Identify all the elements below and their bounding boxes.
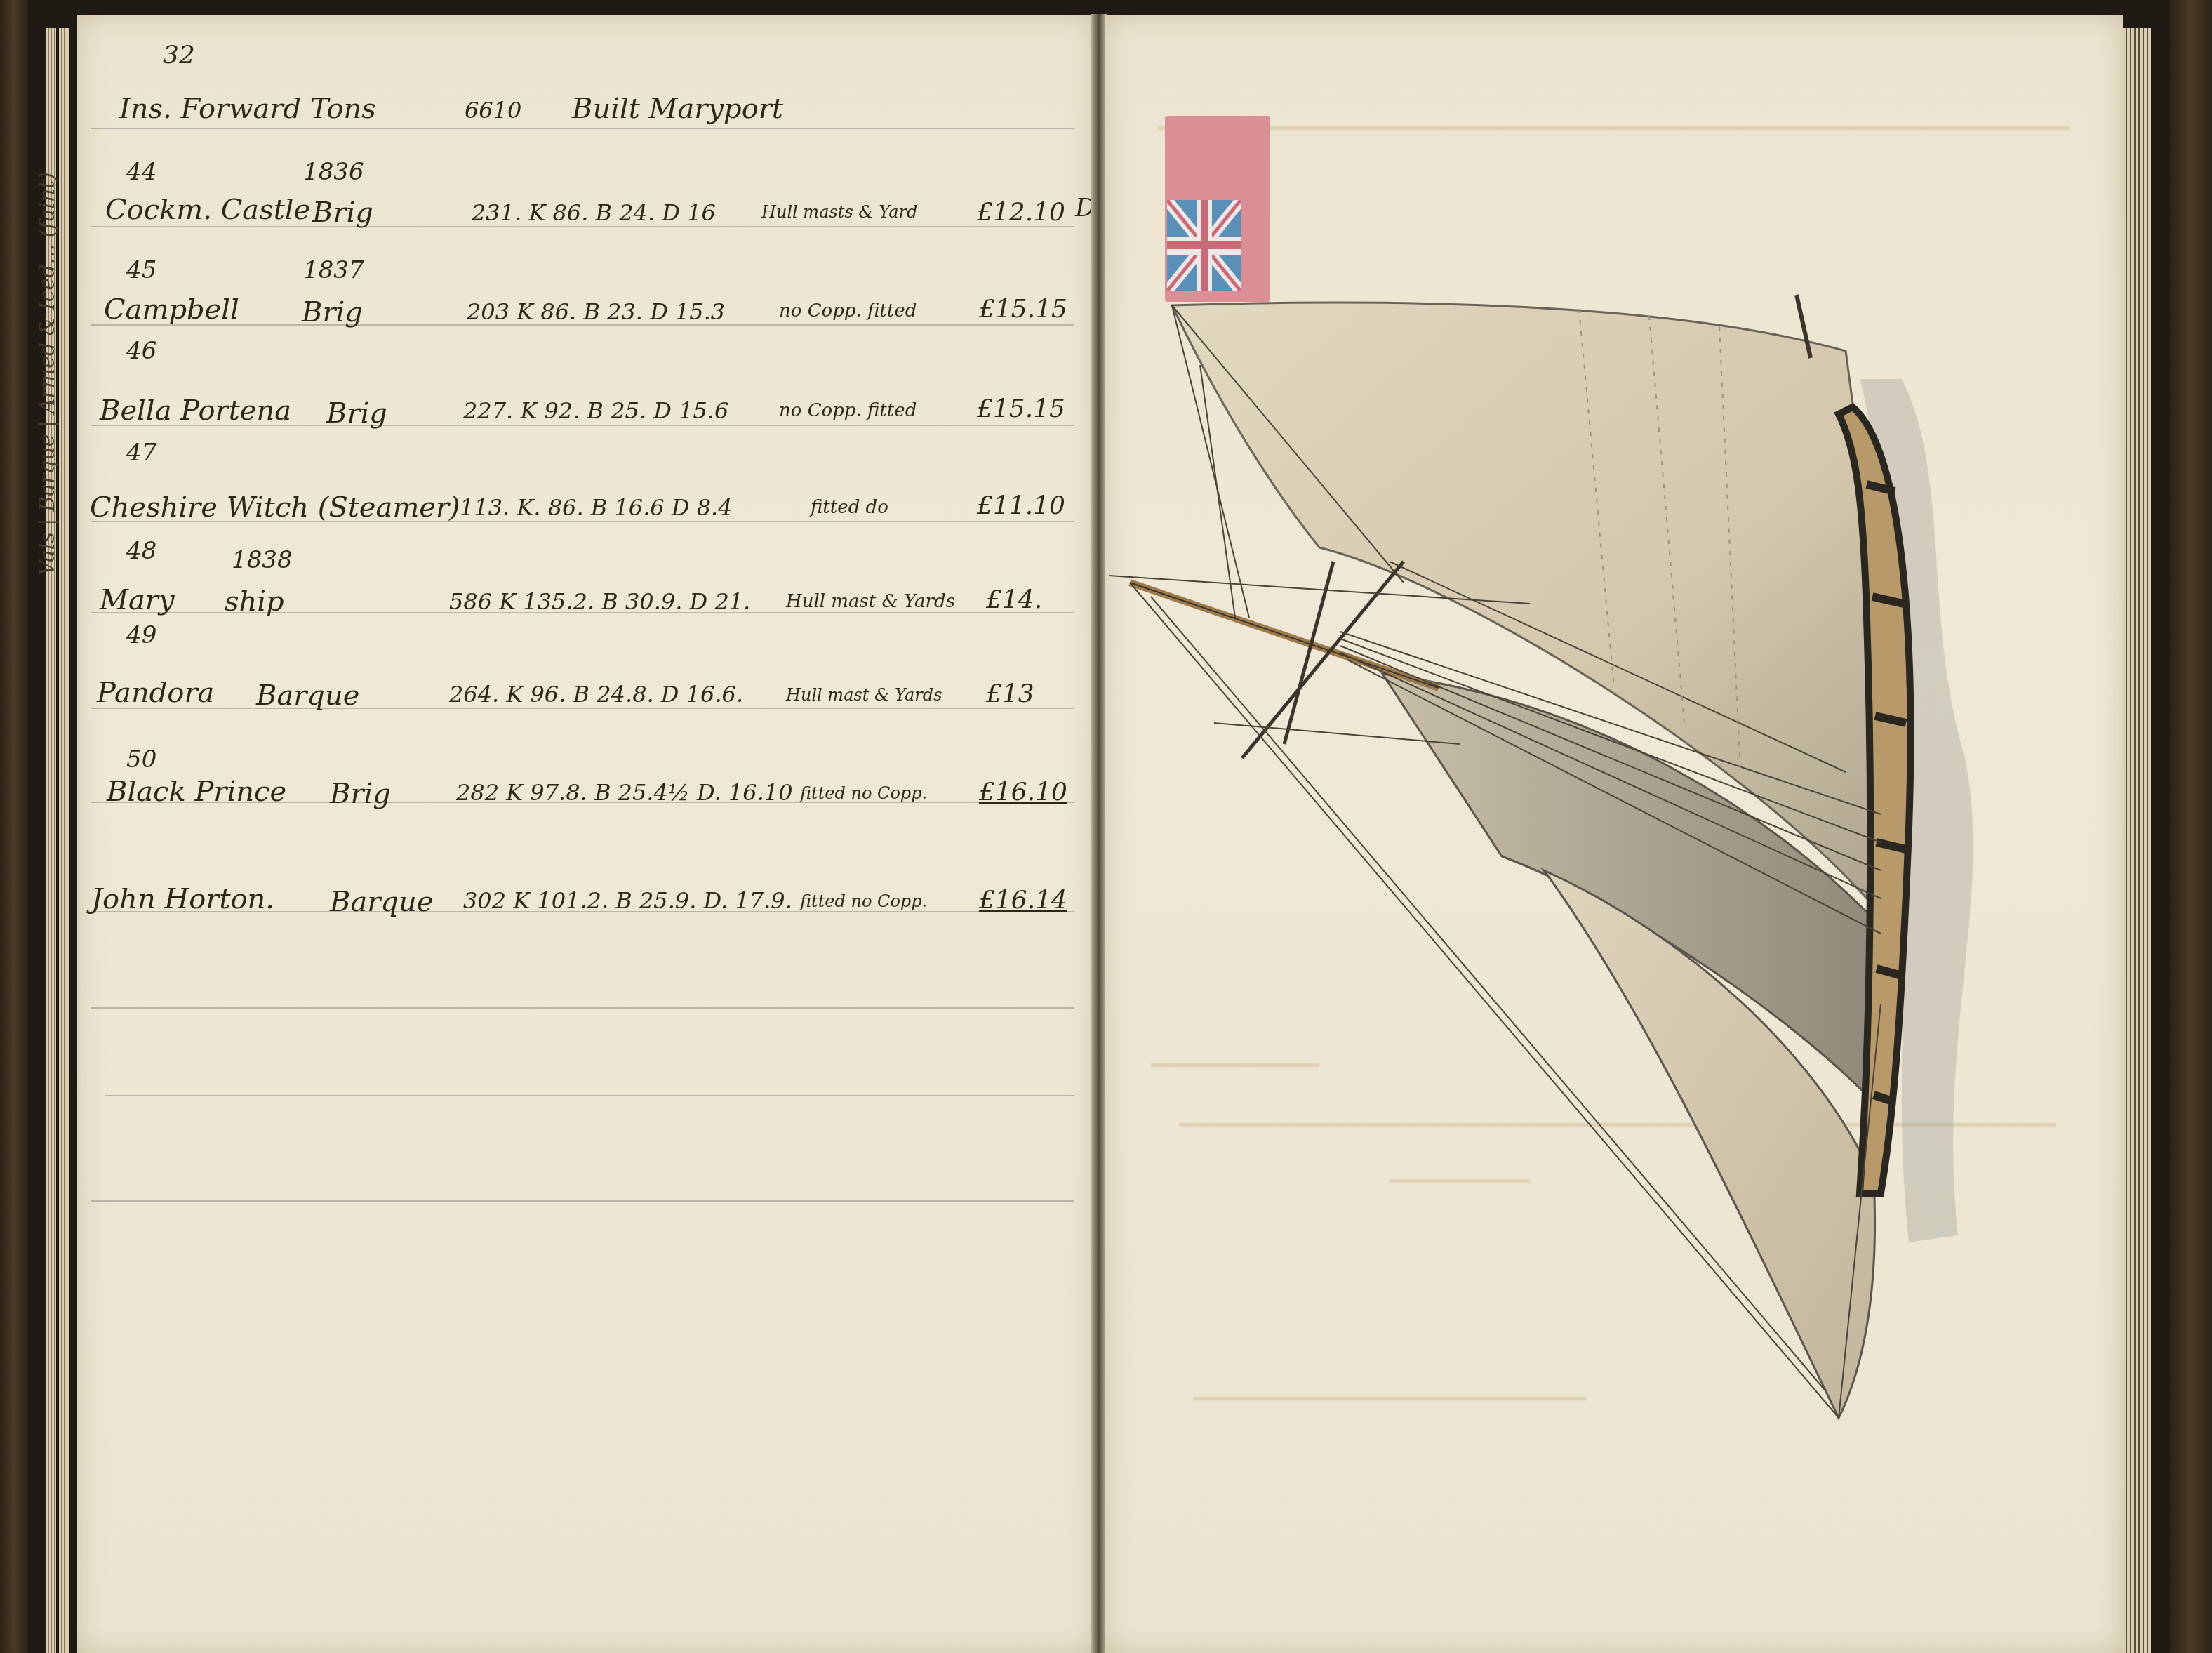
ruled-line (91, 1007, 1074, 1009)
margin-note: Vals | Barque | Armed & Iced... (faint) (35, 172, 60, 576)
ship-notes: fitted do (811, 497, 888, 518)
ship-name: Bella Portena (100, 394, 291, 427)
entry-number: 44 (126, 158, 156, 186)
ship-rig: Barque (330, 886, 433, 918)
book-gutter (1091, 14, 1107, 1653)
entry-number: 49 (126, 621, 156, 649)
ship-price: £13 (986, 679, 1034, 708)
ship-price: £15.15 (979, 295, 1067, 324)
entry-number: 46 (126, 337, 156, 365)
ship-rig: Brig (312, 197, 373, 229)
left-page (77, 15, 1099, 1653)
ship-notes: Hull mast & Yards (786, 685, 942, 705)
header-tons: 6610 (465, 97, 521, 124)
ship-rig: Brig (326, 397, 387, 430)
ship-name: Mary (100, 584, 175, 616)
ship-illustration (1109, 267, 2021, 1460)
book-cover-right-edge (2170, 0, 2212, 1653)
header-note: Built Maryport (572, 93, 783, 125)
ship-measurements: 586 K 135.2. B 30.9. D 21. (449, 588, 750, 615)
faint-rule (1158, 126, 2070, 130)
entry-number: 45 (126, 256, 156, 284)
entry-number: 50 (126, 745, 156, 774)
ship-rig: Barque (256, 679, 359, 712)
ruled-line (91, 708, 1074, 709)
ship-price: £12.10 (977, 198, 1065, 227)
ship-notes: fitted no Copp. (800, 891, 927, 911)
ship-name: Pandora (97, 677, 214, 709)
ruled-line (91, 226, 1074, 227)
ruled-line (105, 1095, 1074, 1096)
header-label: Ins. Forward Tons (119, 93, 376, 125)
ship-notes: no Copp. fitted (779, 400, 917, 421)
ship-name: Black Prince (107, 776, 286, 808)
left-page-stack-2 (59, 28, 69, 1653)
ship-rig: Brig (302, 296, 363, 328)
ship-rig: Brig (330, 778, 391, 810)
ruled-line (91, 128, 1074, 129)
ship-measurements: 264. K 96. B 24.8. D 16.6. (449, 681, 743, 708)
entry-year: 1836 (303, 158, 364, 186)
ship-measurements: 227. K 92. B 25. D 15.6 (463, 397, 728, 424)
ship-measurements: 302 K 101.2. B 25.9. D. 17.9. (463, 887, 792, 914)
ship-notes: fitted no Copp. (800, 783, 927, 803)
entry-number: 47 (126, 439, 156, 467)
ship-notes: no Copp. fitted (779, 300, 917, 321)
page-number: 32 (163, 41, 195, 69)
ship-price: £11.10 (977, 491, 1065, 520)
ship-notes: Hull masts & Yard (761, 202, 917, 222)
ship-price: £15.15 (977, 394, 1065, 423)
ship-price: £14. (986, 585, 1042, 614)
ship-measurements: 282 K 97.8. B 25.4½ D. 16.10 (456, 779, 793, 806)
ship-price: £16.10 (979, 778, 1067, 806)
entry-number: 48 (126, 537, 156, 565)
ship-price: £16.14 (979, 886, 1067, 915)
entry-year: 1838 (232, 546, 293, 574)
ship-measurements: 113. K. 86. B 16.6 D 8.4 (460, 494, 733, 521)
entry-year: 1837 (303, 256, 364, 284)
book-cover-left-edge (0, 0, 28, 1653)
ship-name: John Horton. (91, 883, 274, 915)
ship-name: Campbell (104, 293, 239, 326)
ship-measurements: 231. K 86. B 24. D 16 (472, 199, 716, 226)
right-page-stack (2123, 28, 2151, 1653)
ship-name: Cockm. Castle (105, 194, 310, 226)
ship-notes: Hull mast & Yards (786, 591, 955, 612)
ruled-line (91, 1200, 1074, 1202)
ship-name: Cheshire Witch (Steamer) (90, 491, 460, 524)
ship-measurements: 203 K 86. B 23. D 15.3 (467, 298, 725, 325)
ship-rig: ship (225, 585, 284, 618)
